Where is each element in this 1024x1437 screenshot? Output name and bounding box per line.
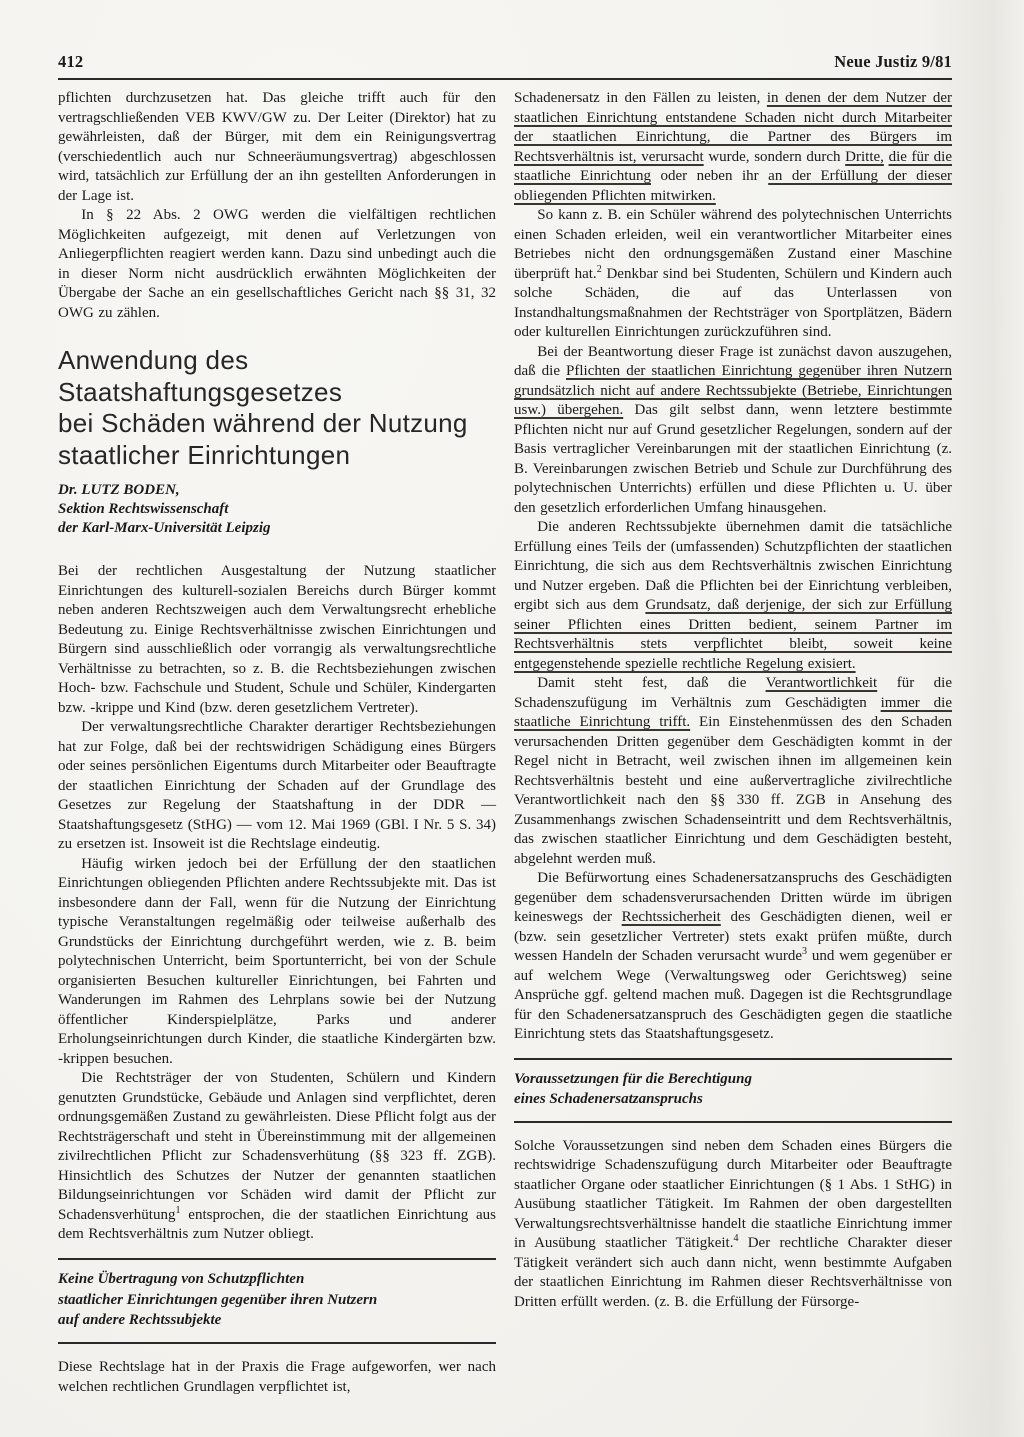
subheading-line: eines Schadenersatzanspruchs: [514, 1089, 952, 1110]
text-segment: In § 22 Abs. 2 OWG werden die vielfältig…: [58, 207, 496, 321]
paragraph: pflichten durchzusetzen hat. Das gleiche…: [58, 89, 496, 206]
paragraph: Damit steht fest, daß die Verantwortlich…: [514, 674, 952, 869]
subheading-line: staatlicher Einrichtungen gegenüber ihre…: [58, 1290, 496, 1311]
author-affiliation: der Karl-Marx-Universität Leipzig: [58, 519, 496, 538]
subheading-line: Keine Übertragung von Schutzpflichten: [58, 1269, 496, 1290]
body-paragraphs: Bei der rechtlichen Ausgestaltung der Nu…: [58, 562, 496, 1245]
text-segment: Das gilt selbst dann, wenn letztere best…: [514, 402, 952, 516]
paragraph: Solche Voraussetzungen sind neben dem Sc…: [514, 1137, 952, 1313]
paragraph: Diese Rechtslage hat in der Praxis die F…: [58, 1358, 496, 1397]
paragraph: Der verwaltungsrechtliche Charakter dera…: [58, 718, 496, 855]
paragraph: Häufig wirken jedoch bei der Erfüllung d…: [58, 855, 496, 1070]
intro-paragraphs: pflichten durchzusetzen hat. Das gleiche…: [58, 89, 496, 323]
right-column: Schadenersatz in den Fällen zu leisten, …: [514, 89, 952, 1397]
page-header: 412 Neue Justiz 9/81: [58, 52, 952, 72]
author-affiliation: Sektion Rechtswissenschaft: [58, 500, 496, 519]
two-column-layout: pflichten durchzusetzen hat. Das gleiche…: [58, 89, 952, 1397]
text-segment: wurde, sondern durch: [704, 149, 845, 165]
pen-underlined-text: Dritte,: [845, 149, 884, 165]
header-rule: [58, 78, 952, 80]
body-paragraphs: Schadenersatz in den Fällen zu leisten, …: [514, 89, 952, 1045]
pen-underlined-text: Rechtssicherheit: [622, 909, 721, 925]
text-segment: Die Rechtsträger der von Studenten, Schü…: [58, 1070, 496, 1223]
paragraph: Die Befürwortung eines Schadenersatzansp…: [514, 869, 952, 1045]
pen-underlined-text: Verantwortlichkeit: [766, 675, 878, 691]
author-name: Dr. LUTZ BODEN,: [58, 481, 496, 500]
text-segment: Der verwaltungsrechtliche Charakter dera…: [58, 719, 496, 852]
page-number: 412: [58, 52, 83, 72]
left-column: pflichten durchzusetzen hat. Das gleiche…: [58, 89, 496, 1397]
text-segment: Bei der rechtlichen Ausgestaltung der Nu…: [58, 563, 496, 716]
text-segment: Häufig wirken jedoch bei der Erfüllung d…: [58, 856, 496, 1067]
text-segment: pflichten durchzusetzen hat. Das gleiche…: [58, 90, 496, 204]
journal-title: Neue Justiz 9/81: [834, 52, 952, 72]
document-page: 412 Neue Justiz 9/81 pflichten durchzuse…: [0, 0, 1024, 1437]
text-segment: oder neben ihr: [651, 168, 768, 184]
paragraph: Bei der rechtlichen Ausgestaltung der Nu…: [58, 562, 496, 718]
subheading-line: auf andere Rechtssubjekte: [58, 1310, 496, 1331]
closing-paragraphs: Solche Voraussetzungen sind neben dem Sc…: [514, 1137, 952, 1313]
paragraph: In § 22 Abs. 2 OWG werden die vielfältig…: [58, 206, 496, 323]
paragraph: Die anderen Rechtssubjekte übernehmen da…: [514, 518, 952, 674]
section-subheading: Keine Übertragung von Schutzpflichten st…: [58, 1258, 496, 1344]
closing-paragraphs: Diese Rechtslage hat in der Praxis die F…: [58, 1358, 496, 1397]
text-segment: Schadenersatz in den Fällen zu leisten,: [514, 90, 767, 106]
text-segment: Damit steht fest, daß die: [537, 675, 765, 691]
title-line: bei Schäden während der Nutzung: [58, 408, 496, 440]
subheading-line: Voraussetzungen für die Berechtigung: [514, 1069, 952, 1090]
title-line: staatlicher Einrichtungen: [58, 440, 496, 472]
author-block: Dr. LUTZ BODEN, Sektion Rechtswissenscha…: [58, 481, 496, 539]
article-title: Anwendung des Staatshaftungsgesetzes bei…: [58, 345, 496, 472]
title-line: Anwendung des Staatshaftungsgesetzes: [58, 345, 496, 408]
paragraph: Die Rechtsträger der von Studenten, Schü…: [58, 1069, 496, 1245]
paragraph: Bei der Beantwortung dieser Frage ist zu…: [514, 343, 952, 519]
section-subheading: Voraussetzungen für die Berechtigung ein…: [514, 1058, 952, 1123]
text-segment: Diese Rechtslage hat in der Praxis die F…: [58, 1359, 496, 1395]
paragraph: Schadenersatz in den Fällen zu leisten, …: [514, 89, 952, 206]
text-segment: Ein Einstehenmüssen des den Schaden veru…: [514, 714, 952, 867]
paragraph: So kann z. B. ein Schüler während des po…: [514, 206, 952, 343]
